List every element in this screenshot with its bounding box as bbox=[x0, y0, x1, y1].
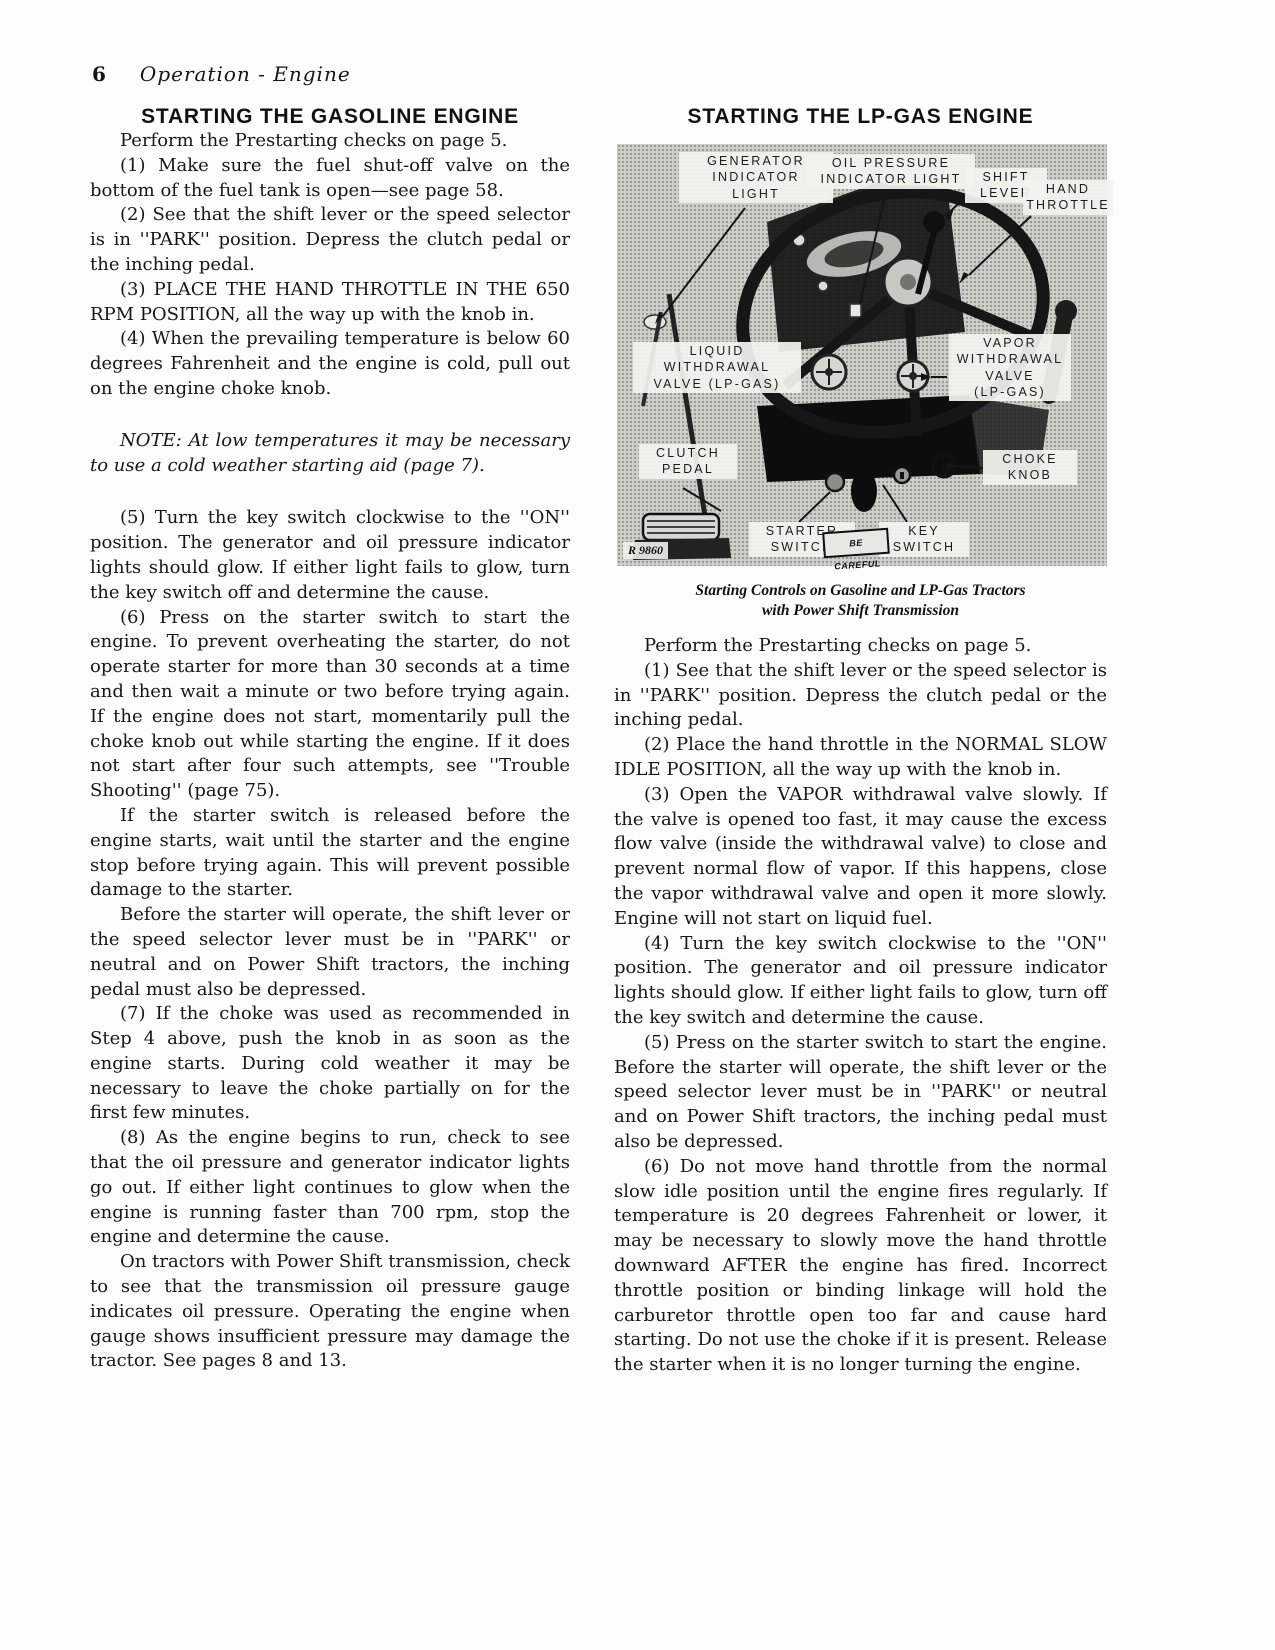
page-number: 6 bbox=[92, 62, 106, 86]
running-head-title: Operation - Engine bbox=[140, 62, 351, 86]
choke-knob-label: CHOKE KNOB bbox=[983, 450, 1077, 485]
paragraph: (1) See that the shift lever or the spee… bbox=[614, 659, 1107, 733]
paragraph: If the starter switch is released before… bbox=[90, 804, 570, 903]
vapor-withdrawal-valve-label: VAPOR WITHDRAWAL VALVE (LP-GAS) bbox=[949, 334, 1071, 401]
paragraph: (2) See that the shift lever or the spee… bbox=[90, 203, 570, 277]
lpgas-heading: STARTING THE LP-GAS ENGINE bbox=[614, 105, 1107, 129]
paragraph: (2) Place the hand throttle in the NORMA… bbox=[614, 733, 1107, 783]
running-head: 6Operation - Engine bbox=[92, 62, 351, 86]
gasoline-heading: STARTING THE GASOLINE ENGINE bbox=[90, 105, 570, 129]
starter-switch-shape bbox=[826, 473, 844, 491]
manual-page: 6Operation - Engine STARTING THE GASOLIN… bbox=[0, 0, 1275, 1650]
paragraph: (1) Make sure the fuel shut-off valve on… bbox=[90, 154, 570, 204]
paragraph: (4) Turn the key switch clockwise to the… bbox=[614, 932, 1107, 1031]
oil-pressure-light-shape bbox=[850, 304, 861, 317]
be-careful-plate: BE CAREFUL bbox=[822, 528, 890, 559]
paragraph: (7) If the choke was used as recommended… bbox=[90, 1002, 570, 1126]
lpgas-section: STARTING THE LP-GAS ENGINE bbox=[614, 105, 1107, 1378]
paragraph: (6) Do not move hand throttle from the n… bbox=[614, 1155, 1107, 1378]
paragraph: (8) As the engine begins to run, check t… bbox=[90, 1126, 570, 1250]
paragraph: On tractors with Power Shift transmissio… bbox=[90, 1250, 570, 1374]
paragraph: (6) Press on the starter switch to start… bbox=[90, 606, 570, 804]
photo-reference: R 9860 bbox=[623, 542, 668, 559]
starting-controls-figure: GENERATOR INDICATOR LIGHT OIL PRESSURE I… bbox=[617, 144, 1107, 566]
generator-light-shape bbox=[644, 315, 666, 329]
oil-pressure-indicator-light-label: OIL PRESSURE INDICATOR LIGHT bbox=[807, 154, 975, 189]
figure-caption-line1: Starting Controls on Gasoline and LP-Gas… bbox=[614, 581, 1107, 601]
key-switch-shape bbox=[894, 467, 910, 483]
gasoline-section: STARTING THE GASOLINE ENGINE Perform the… bbox=[90, 105, 570, 1374]
paragraph: (5) Press on the starter switch to start… bbox=[614, 1031, 1107, 1155]
figure-caption: Starting Controls on Gasoline and LP-Gas… bbox=[614, 581, 1107, 621]
ignition-shape bbox=[851, 470, 877, 512]
figure-caption-line2: with Power Shift Transmission bbox=[614, 601, 1107, 621]
paragraph: (4) When the prevailing temperature is b… bbox=[90, 327, 570, 401]
note-paragraph: NOTE: At low temperatures it may be nece… bbox=[90, 429, 570, 479]
paragraph: (3) Open the VAPOR withdrawal valve slow… bbox=[614, 783, 1107, 932]
paragraph: (5) Turn the key switch clockwise to the… bbox=[90, 506, 570, 605]
key-switch-label: KEY SWITCH bbox=[879, 522, 969, 557]
paragraph: Perform the Prestarting checks on page 5… bbox=[614, 634, 1107, 659]
liquid-valve-shape bbox=[812, 355, 846, 389]
paragraph: Before the starter will operate, the shi… bbox=[90, 903, 570, 1002]
hand-throttle-label: HAND THROTTLE bbox=[1023, 180, 1113, 215]
clutch-pedal-label: CLUTCH PEDAL bbox=[639, 444, 737, 479]
paragraph: Perform the Prestarting checks on page 5… bbox=[90, 129, 570, 154]
paragraph: (3) PLACE THE HAND THROTTLE IN THE 650 R… bbox=[90, 278, 570, 328]
liquid-withdrawal-valve-label: LIQUID WITHDRAWAL VALVE (LP-GAS) bbox=[633, 342, 801, 393]
